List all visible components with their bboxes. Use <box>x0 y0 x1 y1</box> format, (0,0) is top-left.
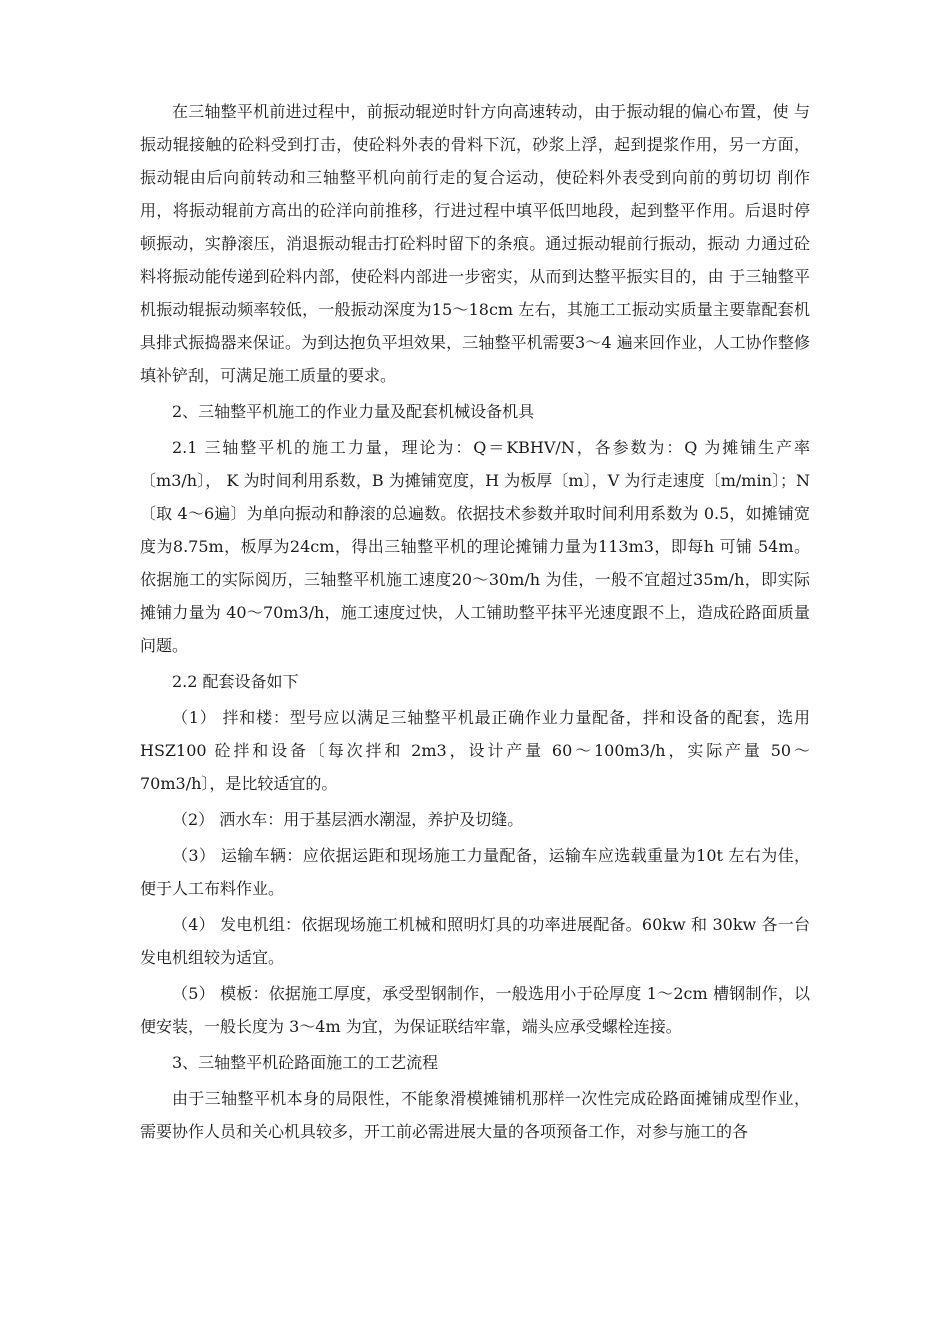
paragraph-process-flow: 由于三轴整平机本身的局限性，不能象滑模摊铺机那样一次性完成砼路面摊铺成型作业，需… <box>140 1082 810 1148</box>
heading-section-3: 3、三轴整平机砼路面施工的工艺流程 <box>140 1046 810 1079</box>
heading-section-2-2: 2.2 配套设备如下 <box>140 665 810 698</box>
heading-section-2: 2、三轴整平机施工的作业力量及配套机械设备机具 <box>140 395 810 428</box>
list-item-3-transport-vehicles: （3） 运输车辆：应依据运距和现场施工力量配备，运输车应选载重量为10t 左右为… <box>140 839 810 905</box>
document-page: 在三轴整平机前进过程中，前振动辊逆时针方向高速转动，由于振动辊的偏心布置，使 与… <box>0 0 950 1344</box>
list-item-2-water-truck: （2） 洒水车：用于基层洒水潮湿，养护及切缝。 <box>140 803 810 836</box>
paragraph-intro: 在三轴整平机前进过程中，前振动辊逆时针方向高速转动，由于振动辊的偏心布置，使 与… <box>140 95 810 392</box>
list-item-5-formwork: （5） 模板：依据施工厚度，承受型钢制作，一般选用小于砼厚度 1～2cm 槽钢制… <box>140 977 810 1043</box>
list-item-4-generator-set: （4） 发电机组：依据现场施工机械和照明灯具的功率进展配备。60kw 和 30k… <box>140 908 810 974</box>
paragraph-2-1-capacity: 2.1 三轴整平机的施工力量，理论为：Q＝KBHV/N，各参数为：Q 为摊铺生产… <box>140 431 810 662</box>
document-content: 在三轴整平机前进过程中，前振动辊逆时针方向高速转动，由于振动辊的偏心布置，使 与… <box>140 95 810 1151</box>
list-item-1-mixing-plant: （1） 拌和楼：型号应以满足三轴整平机最正确作业力量配备，拌和设备的配套，选用H… <box>140 701 810 800</box>
